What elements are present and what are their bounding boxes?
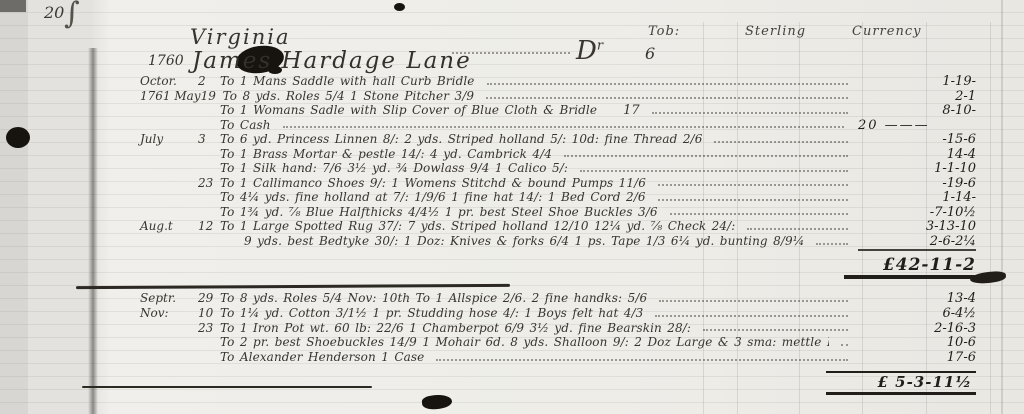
dotted-leader <box>747 228 848 230</box>
entry-description: To 1 Large Spotted Rug 37/: 7 yds. Strip… <box>220 219 735 233</box>
ledger-row: 1761 May19To 8 yds. Roles 5/4 1 Stone Pi… <box>140 89 976 104</box>
ledger-second-section: Septr.29To 8 yds. Roles 5/4 Nov: 10th To… <box>0 291 1024 386</box>
entry-description: To 1 Womans Sadle with Slip Cover of Blu… <box>220 103 597 117</box>
entry-description: To 1¼ yd. Cotton 3/1½ 1 pr. Studding hos… <box>220 306 643 320</box>
margin-note: 17 <box>623 103 640 118</box>
dotted-leader <box>436 359 848 361</box>
entry-date: Octor. <box>140 74 198 88</box>
closing-rule <box>82 386 372 388</box>
ledger-row: To Cash20 ——— <box>140 118 976 133</box>
entry-description: To Alexander Henderson 1 Case <box>220 350 424 364</box>
ledger-total-row: £42-11-2 <box>140 255 976 275</box>
entry-description: To 1 Brass Mortar & pestle 14/: 4 yd. Ca… <box>220 147 552 161</box>
entry-text: 9 yds. best Bedtyke 30/: 1 Doz: Knives &… <box>244 234 804 248</box>
account-name: James Hardage Lane <box>192 48 472 74</box>
entry-amount: 20 ——— <box>854 118 976 133</box>
entry-amount: 2-6-2¼ <box>858 234 976 251</box>
section-divider-line <box>76 284 510 289</box>
ledger-row: Aug.t12To 1 Large Spotted Rug 37/: 7 yds… <box>140 219 976 234</box>
dotted-leader <box>714 141 848 143</box>
entry-amount: 1-1-10 <box>858 161 976 176</box>
dotted-leader <box>841 344 848 346</box>
ledger-row: July3To 6 yd. Princess Linnen 8/: 2 yds.… <box>140 132 976 147</box>
entry-text: To 2 pr. best Shoebuckles 14/9 1 Mohair … <box>220 335 829 349</box>
dotted-leader <box>703 329 848 331</box>
entry-day: 23 <box>198 321 220 335</box>
entry-text: To 1 Silk hand: 7/6 3½ yd. ¾ Dowlass 9/4… <box>220 161 568 175</box>
entry-amount: -7-10½ <box>858 205 976 220</box>
dotted-leader <box>655 315 848 317</box>
entry-amount: 14-4 <box>858 147 976 162</box>
ink-blot <box>421 393 452 410</box>
entry-day: 23 <box>198 176 220 190</box>
entry-description: 9 yds. best Bedtyke 30/: 1 Doz: Knives &… <box>220 234 804 248</box>
dotted-leader <box>658 184 848 186</box>
page-number: 20 <box>44 3 64 22</box>
pen-flourish-icon: ∫ <box>64 0 80 31</box>
entry-date: 1761 May <box>140 89 201 103</box>
ledger-row: Octor.2To 1 Mans Saddle with hall Curb B… <box>140 74 976 89</box>
ledger-row: To 2 pr. best Shoebuckles 14/9 1 Mohair … <box>140 335 976 350</box>
red-underline-annotation: Womans Sadle with Slip Cover of Blue Clo… <box>253 103 597 117</box>
tobacco-entry-value: 6 <box>645 44 655 63</box>
entry-amount: 2-16-3 <box>858 321 976 336</box>
entry-text: To 1 Large Spotted Rug 37/: 7 yds. Strip… <box>220 219 735 233</box>
currency-column-header: Currency <box>852 24 921 39</box>
entry-date: Aug.t <box>140 219 198 233</box>
ledger-row: To 1 Brass Mortar & pestle 14/: 4 yd. Ca… <box>140 147 976 162</box>
entry-description: To 8 yds. Roles 5/4 Nov: 10th To 1 Allsp… <box>220 291 647 305</box>
entry-amount: 6-4½ <box>858 306 976 321</box>
year-label: 1760 <box>148 53 184 69</box>
ledger-row: Nov:10To 1¼ yd. Cotton 3/1½ 1 pr. Studdi… <box>140 306 976 321</box>
ledger-row: 23To 1 Iron Pot wt. 60 lb: 22/6 1 Chambe… <box>140 321 976 336</box>
ledger-section-total: £ 5-3-11½ <box>826 371 976 395</box>
entry-text: To 1¼ yd. Cotton 3/1½ 1 pr. Studding hos… <box>220 306 643 320</box>
entry-amount: -19-6 <box>858 176 976 191</box>
entry-amount: -15-6 <box>858 132 976 147</box>
entry-date: Nov: <box>140 306 198 320</box>
entry-text: To 1 Brass Mortar & pestle 14/: 4 yd. Ca… <box>220 147 552 161</box>
ledger-section-total: £42-11-2 <box>844 255 976 279</box>
entry-description: To 1 Silk hand: 7/6 3½ yd. ¾ Dowlass 9/4… <box>220 161 568 175</box>
ledger-row: To Alexander Henderson 1 Case17-6 <box>140 350 976 365</box>
entry-day: 29 <box>198 291 220 305</box>
ink-blot <box>394 3 405 11</box>
entry-date: July <box>140 132 198 146</box>
entry-day: 2 <box>198 74 220 88</box>
dotted-leader <box>816 243 848 245</box>
entry-text: To 6 yd. Princess Linnen 8/: 2 yds. Stri… <box>220 132 702 146</box>
red-underline-annotation: Mans Saddle with hall Curb Bridle <box>253 74 474 88</box>
entry-text: To Alexander Henderson 1 Case <box>220 350 424 364</box>
ledger-row: To 4¼ yds. fine holland at 7/: 1/9/6 1 f… <box>140 190 976 205</box>
entry-day: 3 <box>198 132 220 146</box>
ledger-main-rows: Octor.2To 1 Mans Saddle with hall Curb B… <box>140 74 976 249</box>
entry-description: To 2 pr. best Shoebuckles 14/9 1 Mohair … <box>220 335 829 349</box>
entry-text: To 1 <box>220 103 253 117</box>
entry-amount: 8-10- <box>858 103 976 118</box>
dotted-leader <box>652 112 848 114</box>
entry-description: To 8 yds. Roles 5/4 1 Stone Pitcher 3/9 <box>223 89 475 103</box>
entry-description: To 1¾ yd. ⅞ Blue Halfthicks 4/4½ 1 pr. b… <box>220 205 658 219</box>
ledger-total-row: £ 5-3-11½ <box>140 371 976 386</box>
dotted-leader <box>452 52 570 54</box>
dotted-leader <box>486 97 848 99</box>
dotted-leader <box>670 213 848 215</box>
entry-amount: 17-6 <box>858 350 976 365</box>
entry-amount: 10-6 <box>858 335 976 350</box>
sterling-column-header: Sterling <box>745 24 806 39</box>
entry-text: To 1 Callimanco Shoes 9/: 1 Womens Stitc… <box>220 176 646 190</box>
entry-text: To 8 yds. Roles 5/4 Nov: 10th To 1 Allsp… <box>220 291 647 305</box>
entry-description: To 1 Callimanco Shoes 9/: 1 Womens Stitc… <box>220 176 646 190</box>
ledger-page-scan: 20 ∫ Virginia 1760 James Hardage Lane Dr… <box>0 0 1024 414</box>
entry-description: To Cash <box>220 118 271 132</box>
scan-corner-mark <box>0 0 26 12</box>
ledger-second-rows: Septr.29To 8 yds. Roles 5/4 Nov: 10th To… <box>140 291 976 365</box>
ledger-row: Septr.29To 8 yds. Roles 5/4 Nov: 10th To… <box>140 291 976 306</box>
dotted-leader <box>580 170 848 172</box>
entry-text: To 1 <box>220 74 253 88</box>
ledger-main-section: Octor.2To 1 Mans Saddle with hall Curb B… <box>0 74 1024 275</box>
region-title: Virginia <box>190 25 290 49</box>
entry-day: 10 <box>198 306 220 320</box>
tobacco-column-header: Tob: <box>648 24 680 39</box>
dotted-leader <box>658 199 848 201</box>
debit-abbreviation: Dr <box>576 36 603 66</box>
entry-text: To 1¾ yd. ⅞ Blue Halfthicks 4/4½ 1 pr. b… <box>220 205 658 219</box>
ledger-row: To 1¾ yd. ⅞ Blue Halfthicks 4/4½ 1 pr. b… <box>140 205 976 220</box>
entry-text: To 1 Iron Pot wt. 60 lb: 22/6 1 Chamberp… <box>220 321 691 335</box>
entry-day: 19 <box>201 89 223 103</box>
dotted-leader <box>283 126 844 128</box>
entry-description: To 6 yd. Princess Linnen 8/: 2 yds. Stri… <box>220 132 702 146</box>
dotted-leader <box>564 155 848 157</box>
ledger-row: To 1 Womans Sadle with Slip Cover of Blu… <box>140 103 976 118</box>
entry-amount: 3-13-10 <box>858 219 976 234</box>
ledger-row: 9 yds. best Bedtyke 30/: 1 Doz: Knives &… <box>140 234 976 249</box>
entry-amount: 13-4 <box>858 291 976 306</box>
dotted-leader <box>659 300 848 302</box>
entry-amount: 2-1 <box>858 89 976 104</box>
entry-amount: 1-19- <box>858 74 976 89</box>
entry-text: To 8 yds. Roles 5/4 1 Stone Pitcher 3/9 <box>223 89 475 103</box>
ledger-row: To 1 Silk hand: 7/6 3½ yd. ¾ Dowlass 9/4… <box>140 161 976 176</box>
entry-text: To 4¼ yds. fine holland at 7/: 1/9/6 1 f… <box>220 190 646 204</box>
entry-text: To Cash <box>220 118 271 132</box>
entry-description: To 1 Iron Pot wt. 60 lb: 22/6 1 Chamberp… <box>220 321 691 335</box>
ledger-row: 23To 1 Callimanco Shoes 9/: 1 Womens Sti… <box>140 176 976 191</box>
entry-day: 12 <box>198 219 220 233</box>
dotted-leader <box>487 83 848 85</box>
entry-date: Septr. <box>140 291 198 305</box>
entry-description: To 1 Mans Saddle with hall Curb Bridle <box>220 74 475 88</box>
entry-amount: 1-14- <box>858 190 976 205</box>
entry-description: To 4¼ yds. fine holland at 7/: 1/9/6 1 f… <box>220 190 646 204</box>
